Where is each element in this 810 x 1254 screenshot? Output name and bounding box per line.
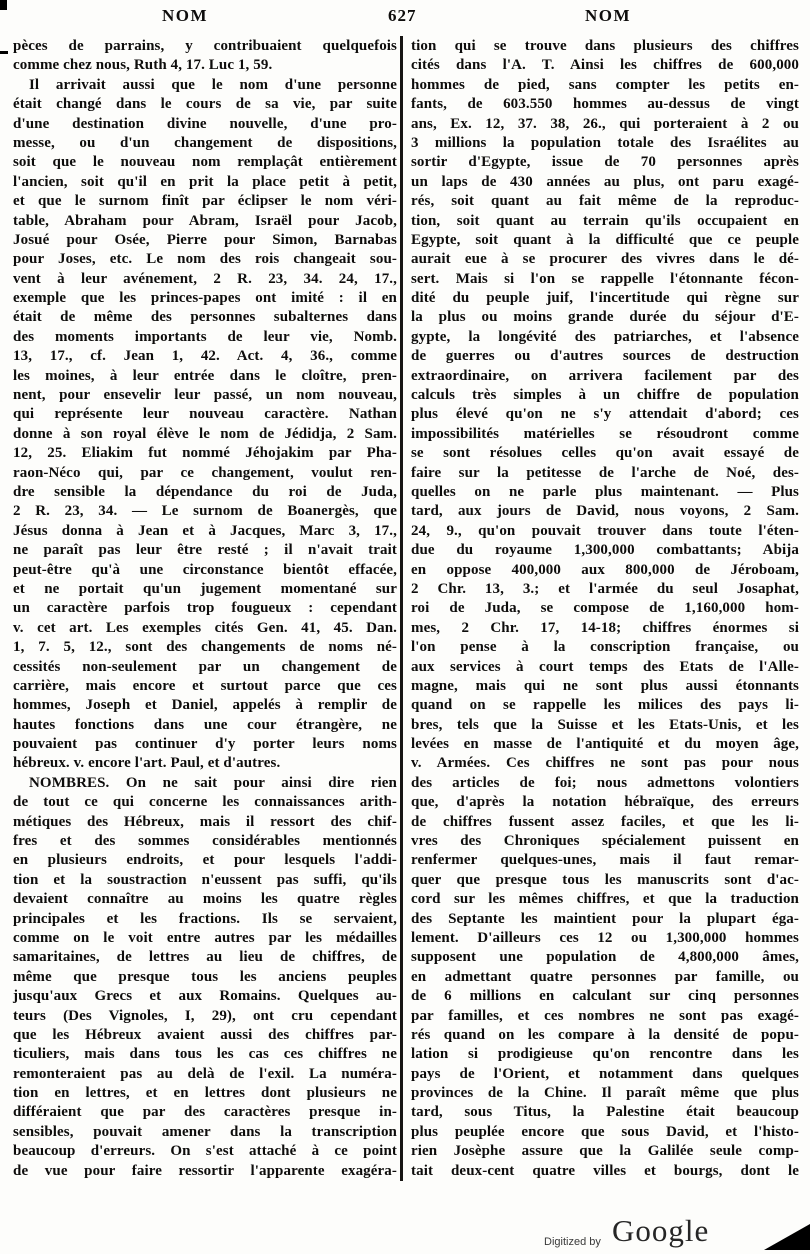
text-line: qui représente leur nouveau caractère. N… (13, 405, 397, 424)
text-line: 2 Chr. 13, 3.; et l'armée du seul Josaph… (411, 580, 799, 599)
text-line: de chiffres fussent assez faciles, et qu… (411, 813, 799, 832)
text-line: ticuliers, mais dans tous les cas ces ch… (13, 1045, 397, 1064)
text-line: Egypte, soit quant à la difficulté que c… (411, 231, 799, 250)
text-line: quer que presque tous les manuscrits son… (411, 871, 799, 890)
text-line: donne à son royal élève le nom de Jédidj… (13, 425, 397, 444)
text-line: les moines, à leur entrée dans le cloîtr… (13, 367, 397, 386)
text-line: sortir d'Egypte, issue de 70 personnes a… (411, 153, 799, 172)
text-line: se sont résolues celles qu'on avait essa… (411, 444, 799, 463)
text-line: remonteraient pas au delà de l'exil. La … (13, 1065, 397, 1084)
text-line: fres et des sommes considérables mention… (13, 832, 397, 851)
text-line: gypte, la longévité des patriarches, et … (411, 328, 799, 347)
text-line: sert. Mais si l'on se rappelle l'étonnan… (411, 270, 799, 289)
text-line: 13, 17., cf. Jean 1, 42. Act. 4, 36., co… (13, 347, 397, 366)
text-line: l'on pense à la conscription française, … (411, 638, 799, 657)
text-line: Josué pour Osée, Pierre pour Simon, Barn… (13, 231, 397, 250)
text-line: même que presque tous les anciens peuple… (13, 968, 397, 987)
text-line: plus peuplée encore que sous David, et l… (411, 1123, 799, 1142)
text-line: vent à leur avénement, 2 R. 23, 34. 24, … (13, 270, 397, 289)
text-line: mes, 2 Chr. 17, 14-18; chiffres énormes … (411, 619, 799, 638)
text-line: NOMBRES. On ne sait pour ainsi dire rien (13, 774, 397, 793)
text-line: tard, sous Titus, la Palestine était bea… (411, 1103, 799, 1122)
text-line: raon-Néco qui, par ce changement, voulut… (13, 464, 397, 483)
text-line: tait deux-cent quatre villes et bourgs, … (411, 1162, 799, 1181)
text-line: supposent une population de 4,800,000 âm… (411, 948, 799, 967)
text-line: que les Hébreux avaient aussi des chiffr… (13, 1026, 397, 1045)
text-line: cités dans l'A. T. Ainsi les chiffres de… (411, 56, 799, 75)
column-divider-rule (400, 36, 403, 1181)
text-line: des articles de foi; nous admettons volo… (411, 774, 799, 793)
text-line: différaient que par des caractères presq… (13, 1103, 397, 1122)
text-line: aurait eue à se procurer des vivres dans… (411, 250, 799, 269)
text-line: rés quand on les compare à la densité de… (411, 1026, 799, 1045)
text-line: extraordinaire, on arrivera facilement p… (411, 367, 799, 386)
text-line: de tout ce qui concerne les connaissance… (13, 793, 397, 812)
text-line: fants, de 603.550 hommes au-dessus de vi… (411, 95, 799, 114)
text-line: métiques des Hébreux, mais il ressort de… (13, 813, 397, 832)
text-line: d'une destination divine nouvelle, d'une… (13, 115, 397, 134)
text-line: due du royaume 1,300,000 combattants; Ab… (411, 541, 799, 560)
text-line: beaucoup d'erreurs. On s'est attaché à c… (13, 1142, 397, 1161)
text-line: tion qui se trouve dans plusieurs des ch… (411, 37, 799, 56)
text-line: hébreux. v. encore l'art. Paul, et d'aut… (13, 754, 397, 773)
text-line: ans, Ex. 12, 37. 38, 26., qui porteraien… (411, 115, 799, 134)
text-line: était changé dans le cours de sa vie, pa… (13, 95, 397, 114)
text-line: pays de l'Orient, et notamment dans quel… (411, 1065, 799, 1084)
text-line: exemple que les princes-papes ont imité … (13, 289, 397, 308)
text-line: 2 R. 23, 34. — Le surnom de Boanergès, q… (13, 502, 397, 521)
text-line: comme on le voit entre autres par les mé… (13, 929, 397, 948)
text-line: Jésus donna à Jean et à Jacques, Marc 3,… (13, 522, 397, 541)
digitized-by-label: Digitized by (544, 1236, 601, 1248)
running-title-right: NOM (585, 6, 631, 26)
text-line: et ne portait qu'un jugement momentané s… (13, 580, 397, 599)
text-line: et que le surnom finît par éclipser le n… (13, 192, 397, 211)
text-column-left: pèces de parrains, y contribuaient quelq… (13, 37, 397, 1181)
text-line: ne paraît pas leur être resté ; il n'ava… (13, 541, 397, 560)
text-line: 1, 7. 5, 12., sont des changements de no… (13, 638, 397, 657)
text-line: provinces de la Chine. Il paraît même qu… (411, 1084, 799, 1103)
text-line: calculs très simples à un chiffre de pop… (411, 386, 799, 405)
book-page-scan: NOM 627 NOM pèces de parrains, y contrib… (0, 0, 810, 1254)
text-line: pèces de parrains, y contribuaient quelq… (13, 37, 397, 56)
text-line: dre sensible la dépendance du roi de Jud… (13, 483, 397, 502)
text-line: levées en masse de l'antiquité et du moy… (411, 735, 799, 754)
text-line: renfermer quelques-unes, mais il faut re… (411, 851, 799, 870)
text-line: magne, mais qui ne sont plus aussi étonn… (411, 677, 799, 696)
text-line: de 6 millions en calculant sur cinq pers… (411, 987, 799, 1006)
text-line: aux services à court temps des Etats de … (411, 658, 799, 677)
text-line: rés, soit quant au fait même de la repro… (411, 192, 799, 211)
text-line: devaient connaître au moins les quatre r… (13, 890, 397, 909)
text-line: en oppose 400,000 aux 800,000 de Jéroboa… (411, 561, 799, 580)
text-line: un caractère parfois trop fougueux : cep… (13, 599, 397, 618)
text-line: dité du peuple juif, l'incertitude qui r… (411, 289, 799, 308)
text-line: 12, 25. Eliakim fut nommé Jéhojakim par … (13, 444, 397, 463)
text-line: impossibilités matérielles se résoudront… (411, 425, 799, 444)
text-line: de vue pour faire ressortir l'apparente … (13, 1162, 397, 1181)
scan-artifact-corner-wedge (764, 1224, 810, 1250)
text-line: un laps de 430 années au plus, ont paru … (411, 173, 799, 192)
text-line: vres des Chroniques spécialement puissen… (411, 832, 799, 851)
text-line: par familles, et ces nombres ne sont pas… (411, 1007, 799, 1026)
text-line: nent, pour ensevelir leur passé, un nom … (13, 386, 397, 405)
text-line: de guerres ou d'autres sources de destru… (411, 347, 799, 366)
text-line: jusqu'aux Grecs et aux Romains. Quelques… (13, 987, 397, 1006)
text-line: samaritaines, de lettres au lieu de chif… (13, 948, 397, 967)
text-line: cessités non-seulement par un changement… (13, 658, 397, 677)
text-line: l'ancien, soit qu'il en prit la place pe… (13, 173, 397, 192)
text-line: bres, tels que la Suisse et les Etats-Un… (411, 716, 799, 735)
text-line: plus élevé qu'on ne s'y attendait d'abor… (411, 405, 799, 424)
text-line: en admettant quatre personnes par famill… (411, 968, 799, 987)
text-line: hautes fonctions dans une cour étrangère… (13, 716, 397, 735)
google-logo: Google (612, 1213, 709, 1249)
text-line: en plusieurs endroits, et pour lesquels … (13, 851, 397, 870)
text-line: v. cet art. Les exemples cités Gen. 41, … (13, 619, 397, 638)
text-line: principales et les fractions. Ils se ser… (13, 910, 397, 929)
text-line: tion, soit quant au terrain qu'ils occup… (411, 212, 799, 231)
text-line: table, Abraham pour Abram, Israël pour J… (13, 212, 397, 231)
text-line: faire sur la petitesse de l'arche de Noé… (411, 464, 799, 483)
text-line: peut-être qu'à une circonstance bientôt … (13, 561, 397, 580)
text-line: sensibles, pouvait amener dans la transc… (13, 1123, 397, 1142)
page-number: 627 (388, 6, 417, 26)
text-column-right: tion qui se trouve dans plusieurs des ch… (411, 37, 799, 1181)
text-line: messe, ou d'un changement de disposition… (13, 134, 397, 153)
text-line: Il arrivait aussi que le nom d'une perso… (13, 76, 397, 95)
text-line: quelles on ne parle plus maintenant. — P… (411, 483, 799, 502)
text-line: carrière, mais encore et surtout parce q… (13, 677, 397, 696)
text-line: comme chez nous, Ruth 4, 17. Luc 1, 59. (13, 56, 397, 75)
text-line: pouvaient pas continuer d'y porter leurs… (13, 735, 397, 754)
text-line: tard, aux jours de David, nous voyons, 2… (411, 502, 799, 521)
text-line: lation si prodigieuse qu'on rencontre da… (411, 1045, 799, 1064)
text-line: des Septante les maintient pour la plupa… (411, 910, 799, 929)
text-line: 24, 9., qu'on pouvait trouver dans toute… (411, 522, 799, 541)
text-line: des moments importants de leur vie, Nomb… (13, 328, 397, 347)
text-line: soit que le nouveau nom remplaçât entièr… (13, 153, 397, 172)
text-line: pour Joses, etc. Le nom des rois changea… (13, 250, 397, 269)
text-line: hommes de pied, sans compter les petits … (411, 76, 799, 95)
scan-artifact-top-left (0, 0, 7, 10)
text-line: roi de Juda, se compose de 1,160,000 hom… (411, 599, 799, 618)
text-line: quand on se rappelle les milices des pay… (411, 696, 799, 715)
text-line: tion et la soustraction n'eussent pas su… (13, 871, 397, 890)
text-line: 3 millions la population totale des Isra… (411, 134, 799, 153)
text-line: cord sur les mêmes chiffres, et que la t… (411, 890, 799, 909)
running-title-left: NOM (162, 6, 208, 26)
text-line: lement. D'ailleurs ces 12 ou 1,300,000 h… (411, 929, 799, 948)
text-line: que, d'après la notation hébraïque, des … (411, 793, 799, 812)
text-line: la plus ou moins grande durée du séjour … (411, 308, 799, 327)
text-line: tion en lettres, et en lettres dont plus… (13, 1084, 397, 1103)
scan-artifact-left-edge (0, 51, 8, 54)
text-line: v. Armées. Ces chiffres ne sont pas pour… (411, 754, 799, 773)
text-line: rien Josèphe assure que la Galilée seule… (411, 1142, 799, 1161)
text-line: était de même des personnes subalternes … (13, 308, 397, 327)
text-line: hommes, Joseph et Daniel, appelés à remp… (13, 696, 397, 715)
text-line: teurs (Des Vignoles, I, 29), ont cru cep… (13, 1007, 397, 1026)
